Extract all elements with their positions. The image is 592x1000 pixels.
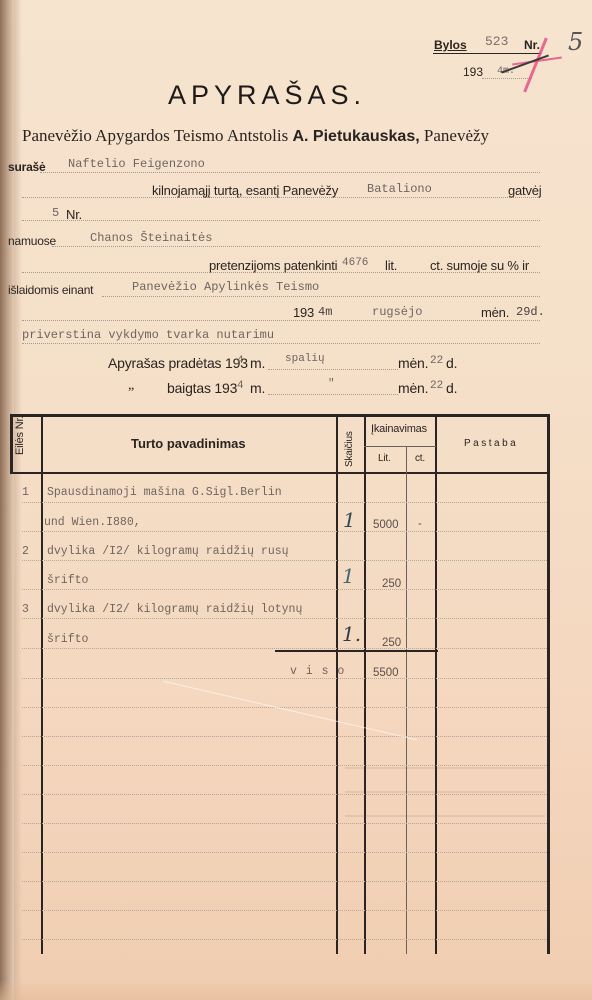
decision-year: 4m — [318, 305, 332, 319]
started-d-label: d. — [446, 355, 457, 371]
case-label: Bylos — [434, 38, 467, 52]
case-underline — [433, 53, 541, 54]
surase-dots — [40, 172, 540, 173]
paper-crease — [163, 681, 417, 740]
col-divider-ct — [435, 414, 437, 954]
bailiff-name: A. Pietukauskas, — [292, 128, 419, 145]
decision-month: rugsėjo — [372, 305, 422, 319]
house-number-dots — [22, 220, 540, 221]
finished-year: 4 — [237, 380, 244, 392]
row-guide — [22, 678, 547, 679]
header-ct: ct. — [415, 453, 425, 464]
total-label: v i s o — [290, 665, 345, 678]
claims-label: pretenzijoms patenkinti — [209, 258, 337, 273]
row-guide — [22, 881, 547, 882]
item-name-line1: dvylika /I2/ kilogramų raidžių lotynų — [47, 603, 302, 616]
header-row-number: Eilės Nr. — [14, 416, 26, 455]
item-lit: 250 — [382, 637, 401, 649]
col-divider-lit — [406, 447, 407, 954]
col-divider-qty — [364, 414, 366, 954]
row-guide — [22, 502, 547, 503]
finished-month-label: mėn. — [398, 380, 428, 396]
court-value: Panevėžio Apylinkės Teismo — [132, 280, 319, 294]
bailiff-city: Panevėžy — [424, 126, 489, 145]
item-name-line1: dvylika /I2/ kilogramų raidžių rusų — [47, 545, 289, 558]
row-guide — [22, 560, 547, 561]
surase-value: Naftelio Feigenzono — [68, 157, 205, 171]
finished-month: " — [328, 378, 335, 390]
table-header-bottom — [10, 472, 549, 474]
item-quantity: 1 — [343, 508, 356, 532]
page-binding-shadow — [14, 0, 22, 1000]
item-ct: - — [418, 518, 422, 530]
expenses-label: išlaidomis einant — [8, 283, 93, 297]
item-name-line2: und Wien.I880, — [44, 516, 141, 529]
row-number: 3 — [22, 603, 29, 616]
case-nr-label: Nr. — [524, 38, 540, 52]
item-lit: 250 — [382, 578, 401, 590]
header-note: Pastaba — [464, 438, 518, 449]
house-owner: Chanos Šteinaitės — [90, 231, 212, 245]
row-guide — [22, 852, 547, 853]
row-guide — [22, 648, 547, 649]
case-year-prefix: 193 — [463, 65, 483, 79]
item-name-line2: šrifto — [47, 574, 88, 587]
item-name-line1: Spausdinamoji mašina G.Sigl.Berlin — [47, 486, 282, 499]
finished-month-dots — [268, 394, 398, 395]
started-label: Apyrašas pradėtas 193 — [108, 355, 248, 371]
decision-text: priverstina vykdymo tvarka nutarimu — [22, 328, 274, 342]
row-guide — [22, 589, 547, 590]
house-number: 5 — [52, 206, 59, 220]
court-dots — [102, 296, 540, 297]
claims-amount: 4676 — [342, 257, 368, 269]
page-binding-edge — [0, 0, 14, 1000]
ct-label: ct. sumoje su % ir — [430, 258, 529, 273]
item-quantity: 1. — [342, 622, 361, 646]
started-year: 4 — [237, 355, 244, 367]
street-label: gatvėj — [508, 183, 542, 198]
ditto-mark: „ — [128, 378, 134, 394]
finished-day: 22 — [430, 380, 443, 392]
item-lit: 5000 — [373, 519, 399, 531]
started-m-label: m. — [250, 355, 265, 371]
row-guide — [22, 910, 547, 911]
row-number: 2 — [22, 545, 29, 558]
finished-m-label: m. — [250, 380, 265, 396]
header-valuation: Įkainavimas — [371, 423, 427, 435]
decision-year-prefix: 193 — [293, 305, 314, 320]
row-guide — [22, 939, 547, 940]
col-divider-name — [336, 414, 338, 954]
header-quantity: Skaičius — [344, 431, 355, 467]
document-subtitle: Panevėžio Apygardos Teismo Antstolis A. … — [22, 126, 489, 146]
table-left-border — [10, 414, 13, 473]
document-title: APYRAŠAS. — [168, 80, 366, 111]
started-month: spalių — [285, 353, 325, 365]
valuation-subheader-divider — [364, 446, 436, 447]
bleed-through-ghost — [345, 745, 545, 835]
decision-month-label: mėn. — [481, 305, 509, 320]
col-divider-number — [41, 414, 43, 954]
finished-d-label: d. — [446, 380, 457, 396]
decision-day: 29d. — [516, 305, 545, 319]
house-owner-dots — [52, 246, 540, 247]
row-guide — [22, 736, 547, 737]
table-top-border — [10, 414, 549, 417]
item-quantity: 1 — [342, 564, 355, 588]
lit-label: lit. — [385, 258, 397, 273]
page-bottom-shade — [0, 980, 592, 1000]
started-day: 22 — [430, 355, 443, 367]
row-guide — [22, 531, 547, 532]
pencil-mark: 5 — [568, 28, 583, 56]
pen-stroke-icon — [501, 54, 548, 73]
case-number: 523 — [485, 34, 508, 49]
started-month-dots — [268, 369, 398, 370]
decision-text-dots — [22, 343, 540, 344]
property-label: kilnojamąjį turtą, esantį Panevėžy — [152, 183, 338, 198]
item-name-line2: šrifto — [47, 633, 88, 646]
finished-label: baigtas 193 — [167, 380, 237, 396]
total-underline — [275, 650, 438, 652]
total-lit: 5500 — [373, 667, 399, 679]
table-right-border — [547, 414, 550, 954]
case-year-dots — [482, 78, 532, 79]
house-nr-label: Nr. — [66, 207, 82, 222]
bailiff-court: Panevėžio Apygardos Teismo Antstolis — [22, 126, 288, 145]
row-number: 1 — [22, 486, 29, 499]
street-value: Bataliono — [367, 182, 432, 196]
house-label: namuose — [8, 234, 56, 248]
decision-date-dots — [22, 320, 540, 321]
row-guide — [22, 618, 547, 619]
header-item-name: Turto pavadinimas — [131, 436, 246, 451]
started-month-label: mėn. — [398, 355, 428, 371]
header-lit: Lit. — [378, 453, 391, 464]
